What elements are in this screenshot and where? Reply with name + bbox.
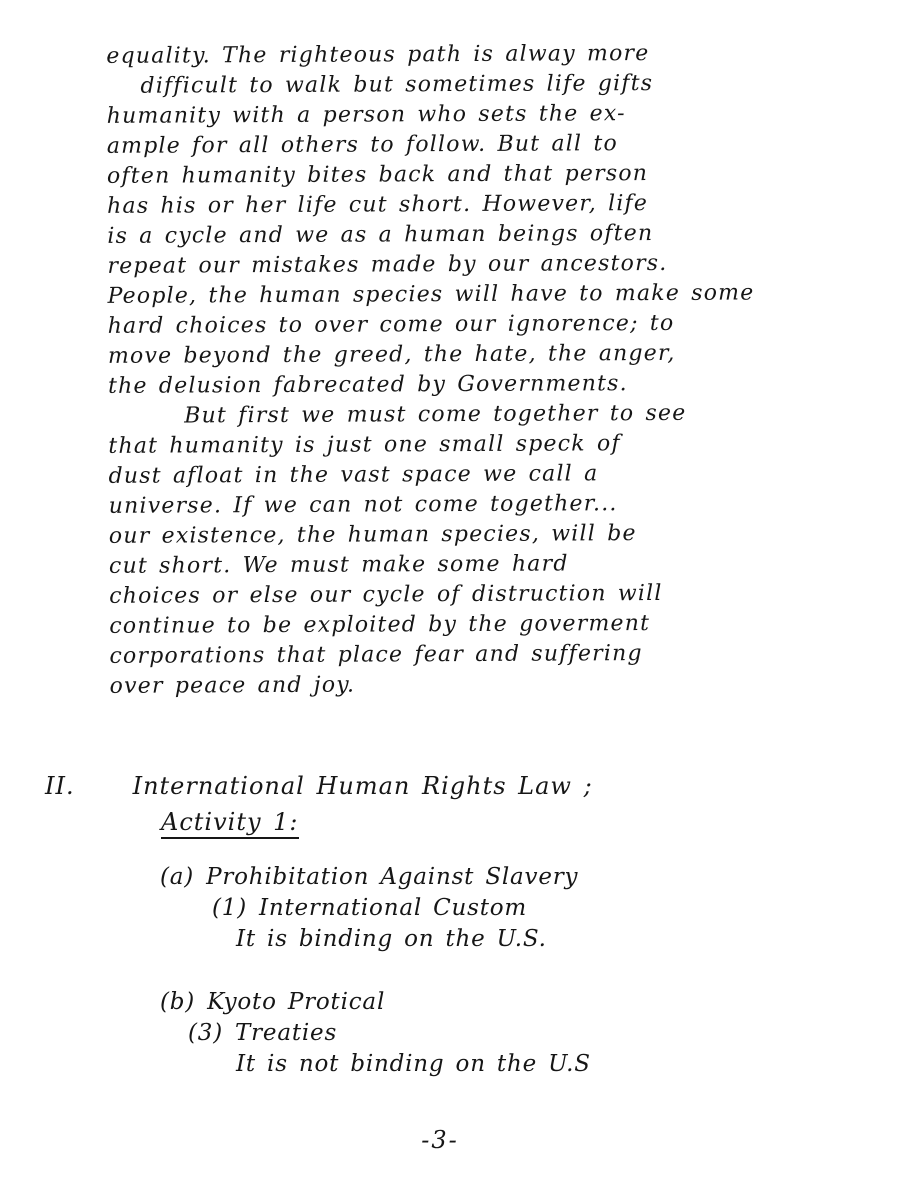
essay-line: corporations that place fear and sufferi… bbox=[109, 638, 825, 672]
outline-marker: (1) bbox=[212, 895, 247, 921]
essay-line: is a cycle and we as a human beings ofte… bbox=[107, 218, 823, 252]
essay-line: our existence, the human species, will b… bbox=[109, 518, 825, 552]
outline-text: Prohibitation Against Slavery bbox=[206, 864, 578, 890]
essay-paragraph-1: equality. The righteous path is alway mo… bbox=[106, 38, 824, 402]
outline-text: Treaties bbox=[235, 1020, 337, 1046]
page-number: -3- bbox=[0, 1126, 880, 1154]
section-title-row: II.International Human Rights Law ; bbox=[45, 772, 593, 800]
essay-line: repeat our mistakes made by our ancestor… bbox=[107, 248, 823, 282]
outline-item-b: (b)Kyoto Protical bbox=[160, 989, 591, 1020]
outline-text: It is not binding on the U.S bbox=[236, 1051, 591, 1077]
section-heading: II.International Human Rights Law ; Acti… bbox=[45, 772, 593, 839]
outline-note-a1: It is binding on the U.S. bbox=[236, 926, 591, 957]
essay-line: People, the human species will have to m… bbox=[108, 278, 824, 312]
outline-item-a: (a)Prohibitation Against Slavery bbox=[160, 864, 591, 895]
essay-paragraph-2: But first we must come together to see t… bbox=[108, 398, 826, 702]
essay-line: has his or her life cut short. However, … bbox=[107, 188, 823, 222]
section-title: International Human Rights Law ; bbox=[133, 772, 593, 800]
outline-marker: (a) bbox=[160, 864, 194, 890]
essay-line: the delusion fabrecated by Governments. bbox=[108, 368, 824, 402]
essay-line: equality. The righteous path is alway mo… bbox=[106, 38, 822, 72]
outline-text: Kyoto Protical bbox=[207, 989, 385, 1015]
outline-marker: (3) bbox=[188, 1020, 223, 1046]
essay-line: choices or else our cycle of distruction… bbox=[109, 578, 825, 612]
essay-line: cut short. We must make some hard bbox=[109, 548, 825, 582]
essay-line: hard choices to over come our ignorence;… bbox=[108, 308, 824, 342]
essay-line: often humanity bites back and that perso… bbox=[107, 158, 823, 192]
handwritten-page: equality. The righteous path is alway mo… bbox=[0, 0, 918, 1188]
section-roman-numeral: II. bbox=[45, 772, 75, 800]
essay-line: ample for all others to follow. But all … bbox=[107, 128, 823, 162]
essay-line: move beyond the greed, the hate, the ang… bbox=[108, 338, 824, 372]
activity-row: Activity 1: bbox=[161, 808, 593, 839]
essay-line: continue to be exploited by the govermen… bbox=[109, 608, 825, 642]
outline-note-b3: It is not binding on the U.S bbox=[236, 1051, 591, 1082]
essay-line: over peace and joy. bbox=[110, 668, 826, 702]
essay-line: universe. If we can not come together... bbox=[109, 488, 825, 522]
outline-text: International Custom bbox=[259, 895, 527, 921]
essay-body: equality. The righteous path is alway mo… bbox=[106, 38, 825, 702]
outline-notes: (a)Prohibitation Against Slavery (1)Inte… bbox=[130, 864, 591, 1082]
essay-line: But first we must come together to see bbox=[184, 398, 824, 431]
essay-line: humanity with a person who sets the ex- bbox=[107, 98, 823, 132]
outline-item-a1: (1)International Custom bbox=[212, 895, 591, 926]
outline-marker: (b) bbox=[160, 989, 195, 1015]
outline-item-b3: (3)Treaties bbox=[188, 1020, 591, 1051]
essay-line: that humanity is just one small speck of bbox=[108, 428, 824, 462]
essay-line: difficult to walk but sometimes life gif… bbox=[140, 68, 822, 102]
activity-label: Activity 1: bbox=[161, 808, 299, 839]
essay-line: dust afloat in the vast space we call a bbox=[108, 458, 824, 492]
outline-text: It is binding on the U.S. bbox=[236, 926, 547, 952]
